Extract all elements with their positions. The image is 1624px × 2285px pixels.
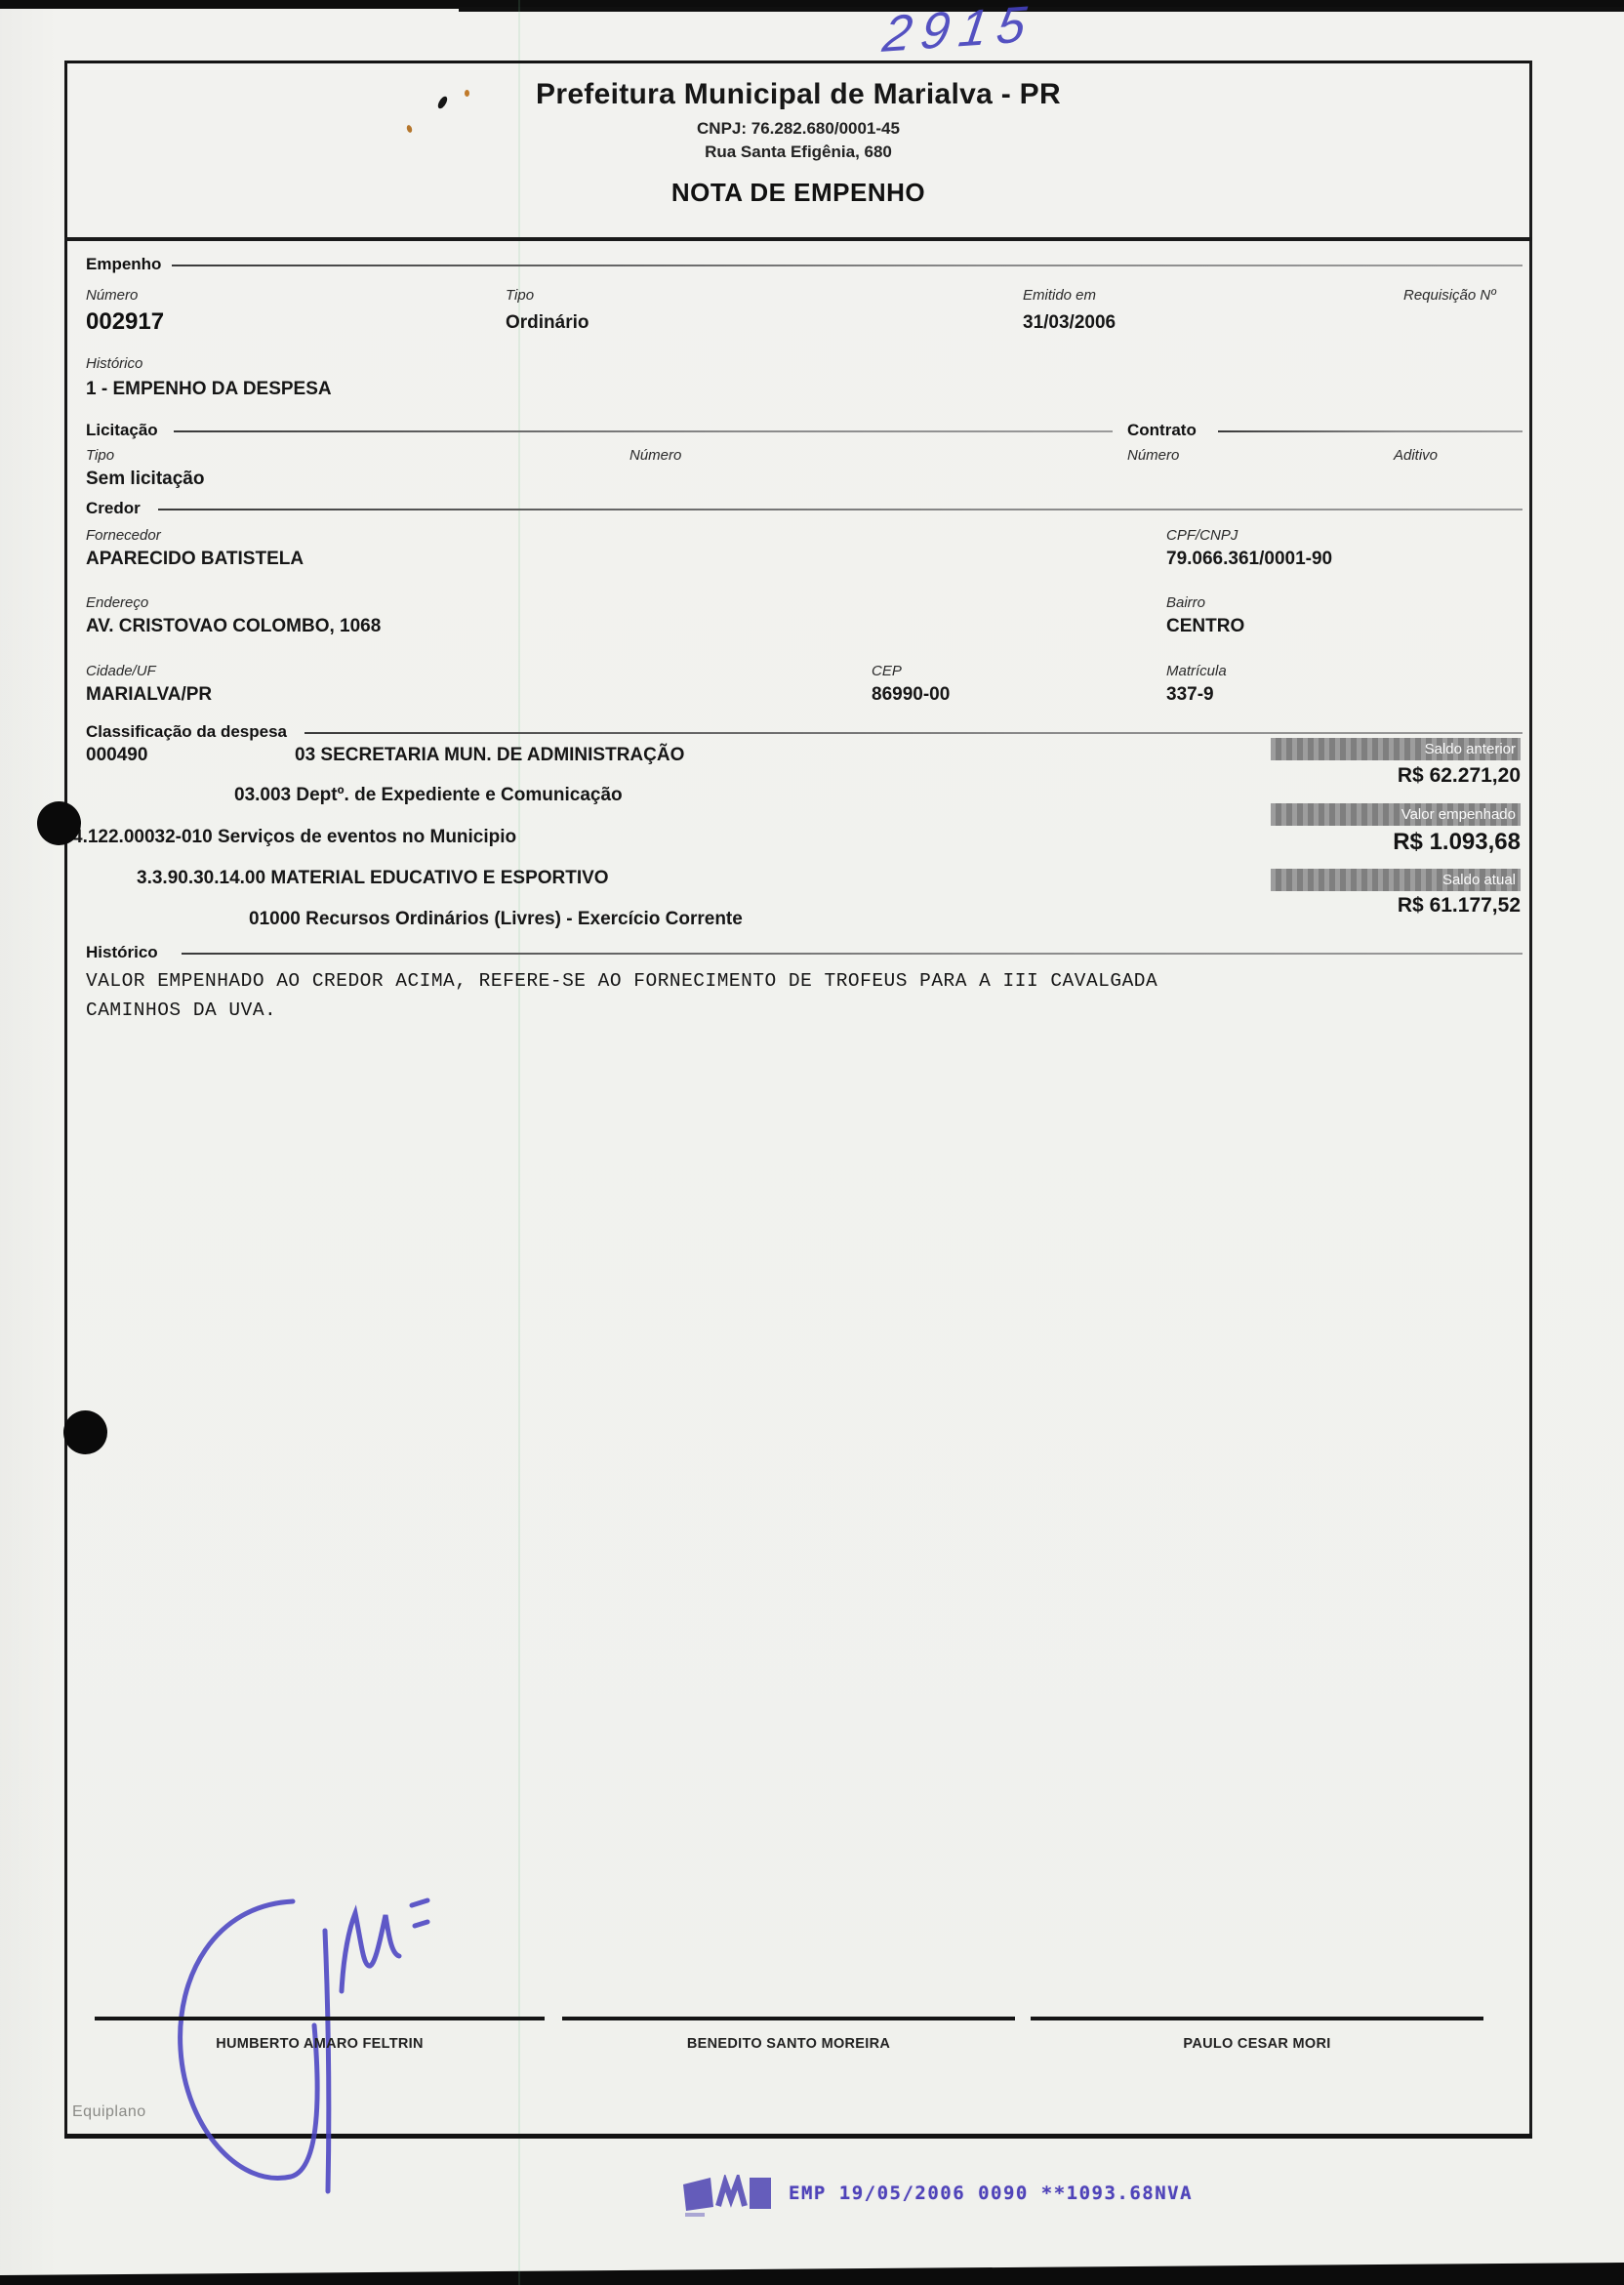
section-rule bbox=[174, 430, 1113, 432]
valor-empenhado-value: R$ 1.093,68 bbox=[1230, 829, 1521, 856]
scanner-streak bbox=[518, 0, 520, 2285]
field-label-cidade-uf: Cidade/UF bbox=[86, 663, 156, 679]
signature-line bbox=[1031, 2017, 1483, 2020]
credor-cpf-value: 79.066.361/0001-90 bbox=[1166, 549, 1332, 570]
org-cnpj: CNPJ: 76.282.680/0001-45 bbox=[64, 119, 1532, 139]
section-rule bbox=[304, 732, 1522, 734]
org-name: Prefeitura Municipal de Marialva - PR bbox=[64, 78, 1532, 111]
historico-text-line: CAMINHOS DA UVA. bbox=[86, 1000, 276, 1021]
frame-border-right bbox=[1529, 61, 1532, 2138]
frame-border-left bbox=[64, 61, 67, 2138]
signature-line bbox=[562, 2017, 1015, 2020]
field-label-historico: Histórico bbox=[86, 355, 142, 372]
document-title: NOTA DE EMPENHO bbox=[64, 178, 1532, 208]
historico-text-line: VALOR EMPENHADO AO CREDOR ACIMA, REFERE-… bbox=[86, 970, 1157, 992]
signature-name: BENEDITO SANTO MOREIRA bbox=[562, 2036, 1015, 2052]
field-label-numero: Número bbox=[86, 287, 138, 304]
empenho-historico-value: 1 - EMPENHO DA DESPESA bbox=[86, 379, 332, 400]
classificacao-row: 03 SECRETARIA MUN. DE ADMINISTRAÇÃO bbox=[295, 745, 684, 766]
punch-hole bbox=[37, 801, 81, 845]
field-label-emitido-em: Emitido em bbox=[1023, 287, 1096, 304]
field-label-fornecedor: Fornecedor bbox=[86, 527, 161, 544]
saldo-atual-value: R$ 61.177,52 bbox=[1230, 894, 1521, 918]
punch-hole bbox=[63, 1410, 107, 1454]
credor-matricula-value: 337-9 bbox=[1166, 684, 1214, 706]
credor-cep-value: 86990-00 bbox=[872, 684, 950, 706]
section-label-empenho: Empenho bbox=[86, 255, 161, 274]
classificacao-code: 000490 bbox=[86, 745, 147, 766]
field-label-contrato-numero: Número bbox=[1127, 447, 1179, 464]
header-separator bbox=[64, 237, 1532, 241]
field-label-licitacao-tipo: Tipo bbox=[86, 447, 114, 464]
credor-bairro-value: CENTRO bbox=[1166, 616, 1244, 637]
valor-empenhado-bar: Valor empenhado bbox=[1271, 803, 1521, 826]
credor-endereco-value: AV. CRISTOVAO COLOMBO, 1068 bbox=[86, 616, 381, 637]
field-label-cpf-cnpj: CPF/CNPJ bbox=[1166, 527, 1238, 544]
bank-logo bbox=[681, 2175, 775, 2218]
section-label-historico: Histórico bbox=[86, 943, 158, 962]
saldo-atual-bar: Saldo atual bbox=[1271, 869, 1521, 891]
field-label-cep: CEP bbox=[872, 663, 902, 679]
section-label-credor: Credor bbox=[86, 499, 141, 518]
section-rule bbox=[172, 265, 1522, 266]
field-label-contrato-aditivo: Aditivo bbox=[1394, 447, 1438, 464]
credor-fornecedor-value: APARECIDO BATISTELA bbox=[86, 549, 304, 570]
saldo-anterior-bar: Saldo anterior bbox=[1271, 738, 1521, 760]
licitacao-tipo-value: Sem licitação bbox=[86, 469, 204, 490]
classificacao-row: 03.003 Deptº. de Expediente e Comunicaçã… bbox=[234, 785, 623, 806]
signature-line bbox=[95, 2017, 545, 2020]
saldo-anterior-value: R$ 62.271,20 bbox=[1230, 764, 1521, 788]
classificacao-row: 3.3.90.30.14.00 MATERIAL EDUCATIVO E ESP… bbox=[137, 868, 609, 889]
validator-stamp-text: EMP 19/05/2006 0090 **1093.68NVA bbox=[789, 2183, 1193, 2204]
org-address: Rua Santa Efigênia, 680 bbox=[64, 143, 1532, 162]
section-rule bbox=[158, 509, 1522, 510]
signature-name: PAULO CESAR MORI bbox=[1031, 2036, 1483, 2052]
scan-edge-bottom bbox=[0, 2261, 1624, 2285]
credor-cidade-value: MARIALVA/PR bbox=[86, 684, 212, 706]
field-label-matricula: Matrícula bbox=[1166, 663, 1227, 679]
field-label-tipo: Tipo bbox=[506, 287, 534, 304]
section-label-classificacao: Classificação da despesa bbox=[86, 722, 287, 742]
section-label-contrato: Contrato bbox=[1127, 421, 1197, 440]
field-label-licitacao-numero: Número bbox=[629, 447, 681, 464]
signature-name: HUMBERTO AMARO FELTRIN bbox=[95, 2036, 545, 2052]
empenho-emitido-value: 31/03/2006 bbox=[1023, 312, 1116, 334]
field-label-endereco: Endereço bbox=[86, 594, 148, 611]
scanned-document-page: 2915 Prefeitura Municipal de Marialva - … bbox=[0, 0, 1624, 2285]
empenho-numero-value: 002917 bbox=[86, 308, 164, 336]
field-label-bairro: Bairro bbox=[1166, 594, 1205, 611]
section-label-licitacao: Licitação bbox=[86, 421, 158, 440]
system-vendor-label: Equiplano bbox=[72, 2103, 146, 2121]
empenho-tipo-value: Ordinário bbox=[506, 312, 589, 334]
handwritten-number: 2915 bbox=[879, 0, 1102, 64]
field-label-requisicao: Requisição Nº bbox=[1403, 287, 1496, 304]
frame-border-top bbox=[64, 61, 1532, 63]
section-rule bbox=[1218, 430, 1522, 432]
classificacao-row: 4.122.00032-010 Serviços de eventos no M… bbox=[72, 827, 516, 848]
section-rule bbox=[182, 953, 1522, 955]
classificacao-row: 01000 Recursos Ordinários (Livres) - Exe… bbox=[249, 909, 743, 930]
